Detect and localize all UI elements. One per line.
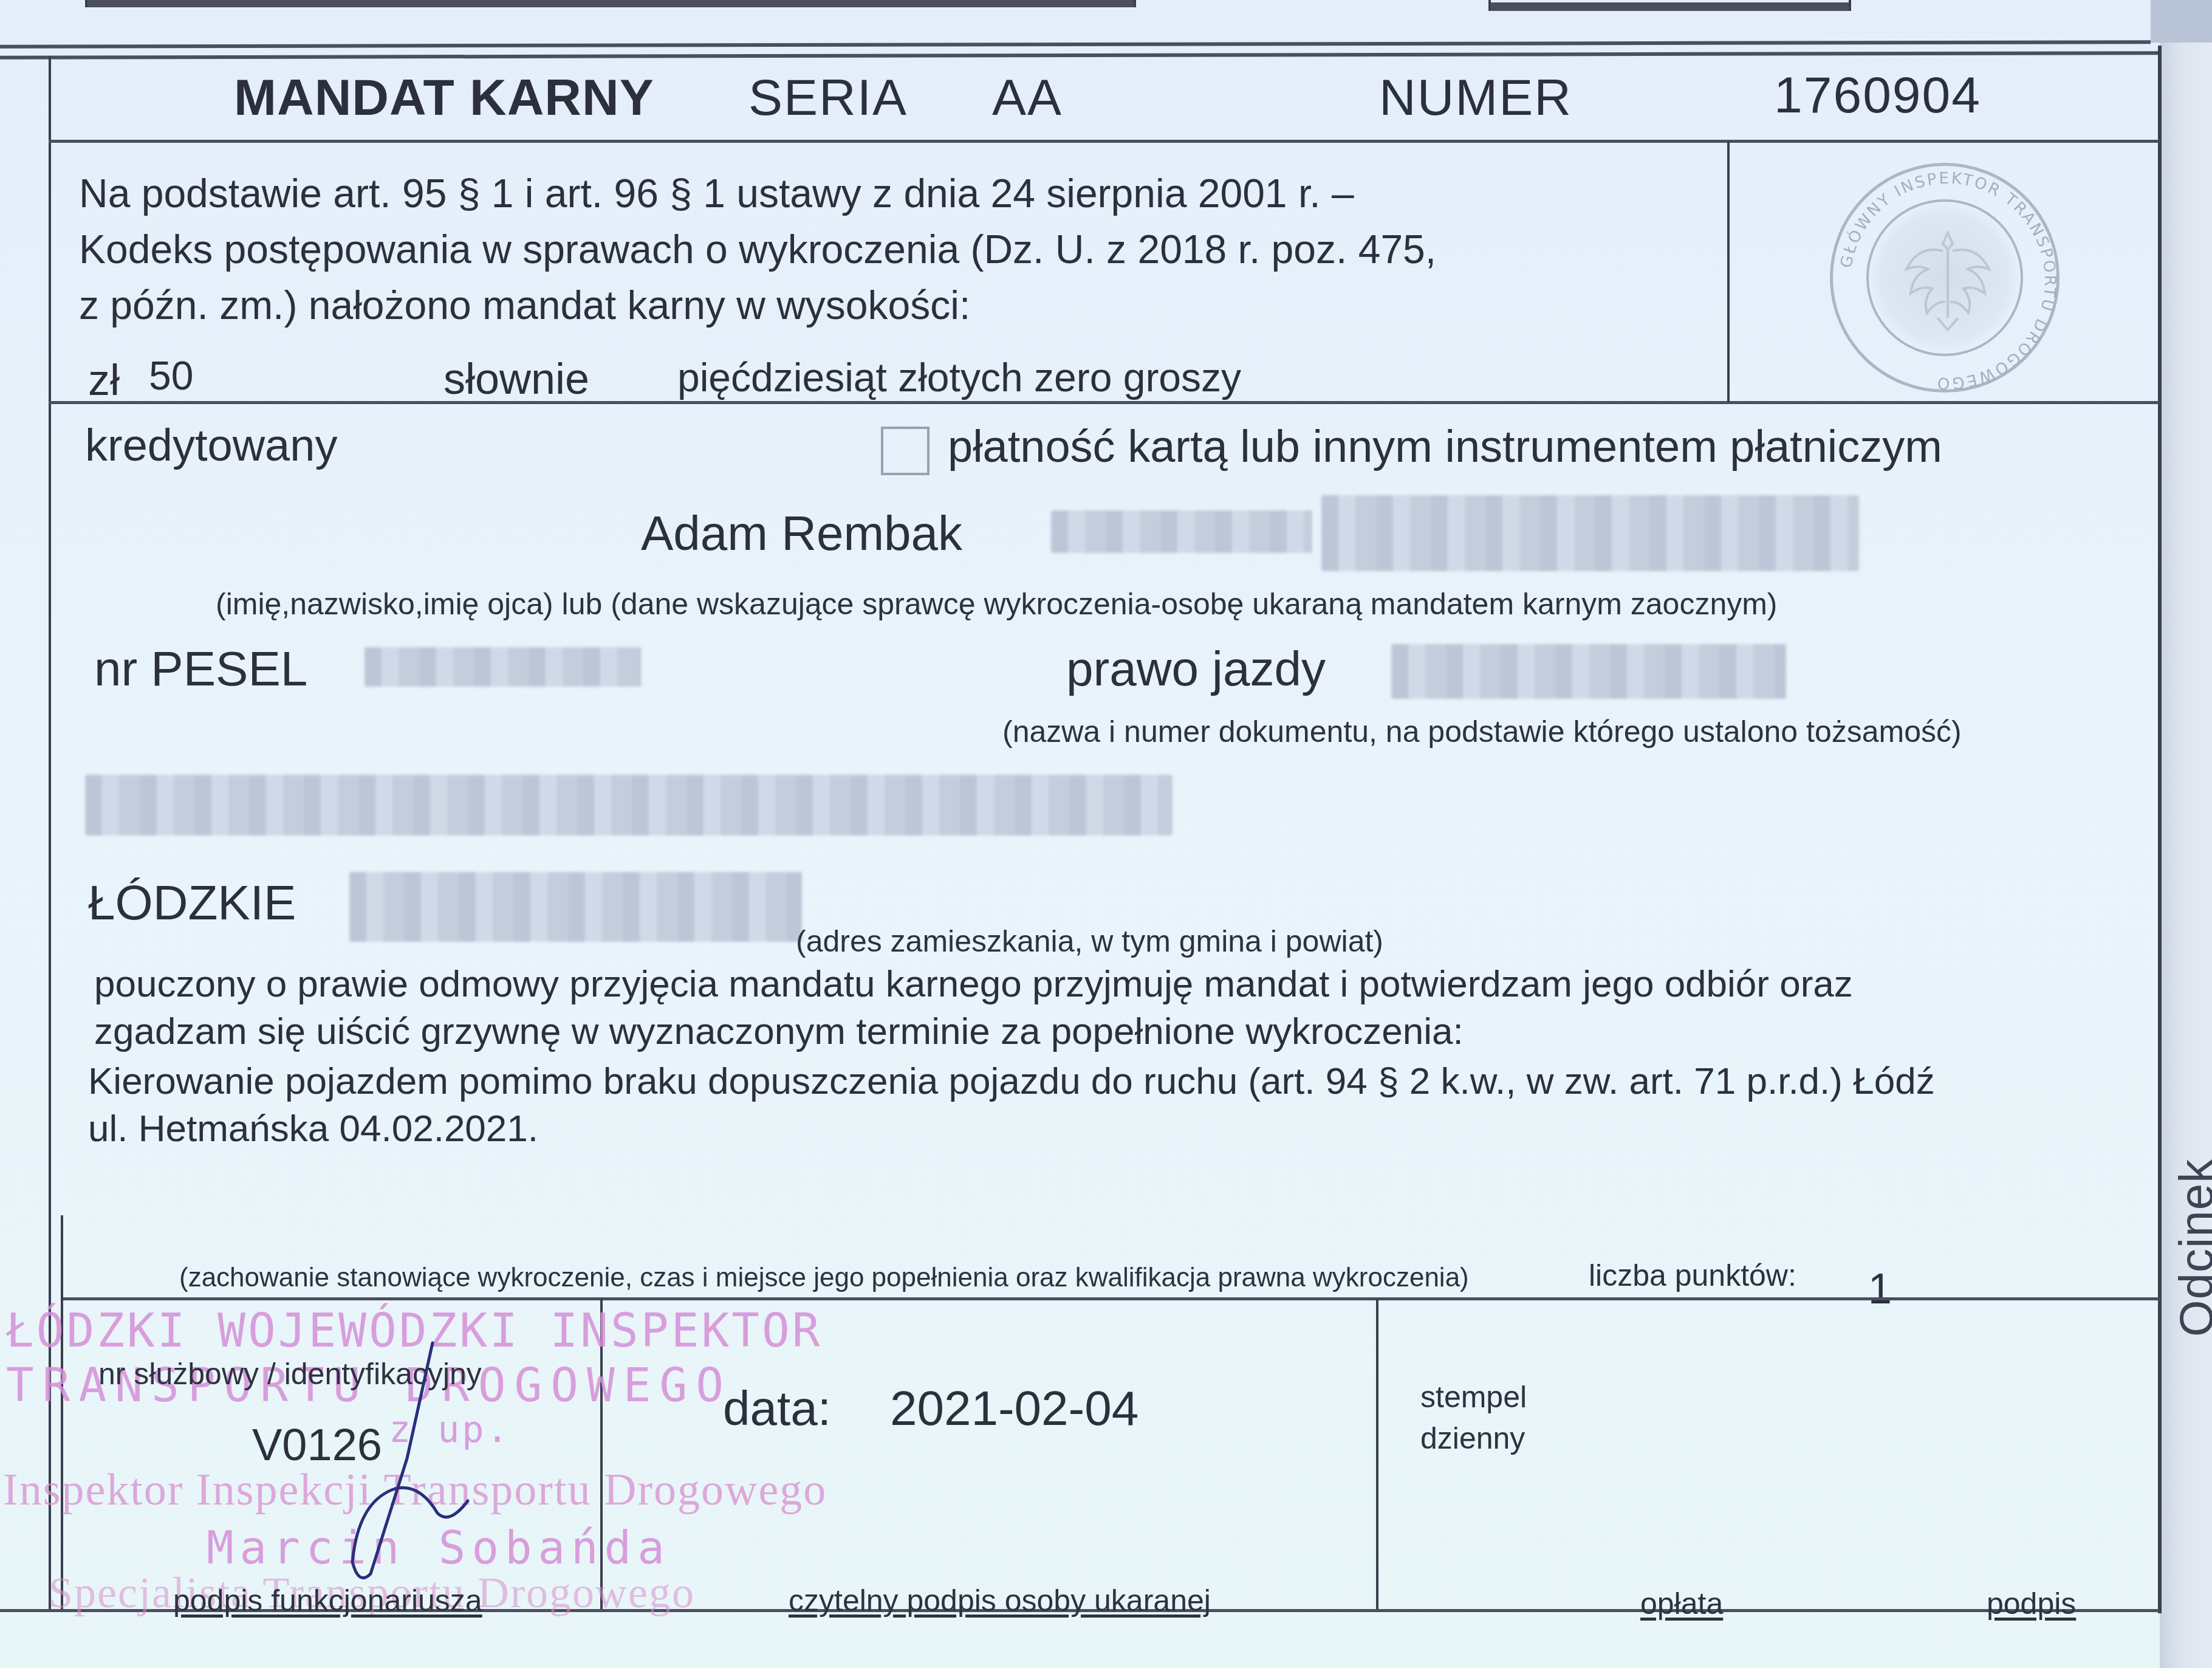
offender-name: Adam Rembak [641, 506, 962, 561]
date-label: data: [723, 1381, 831, 1436]
officer-signature-scribble [292, 1319, 474, 1586]
card-payment-label: płatność kartą lub innym instrumentem pł… [948, 420, 1942, 472]
statement-line-1: pouczony o prawie odmowy przyjęcia manda… [94, 960, 1853, 1009]
amount-value: 50 [149, 348, 193, 403]
points-label: liczba punktów: [1589, 1258, 1796, 1293]
officer-signature-caption: podpis funkcjonariusza [173, 1583, 482, 1618]
redacted-father-label [1051, 510, 1312, 553]
offense-caption: (zachowanie stanowiące wykroczenie, czas… [179, 1263, 1469, 1293]
offense-line-1: Kierowanie pojazdem pomimo braku dopuszc… [88, 1057, 1935, 1106]
redacted-id-document [1391, 644, 1786, 699]
date-cell-divider [1376, 1299, 1378, 1610]
bottom-left-border [61, 1215, 63, 1610]
legal-basis-line-3: z późn. zm.) nałożono mandat karny w wys… [79, 277, 970, 333]
stub-vertical-label: Odcinek C – dla osoby ukaranej [2169, 1150, 2212, 1337]
top-box-edge-left [85, 0, 1136, 7]
id-document-caption: (nazwa i numer dokumentu, na podstawie k… [1002, 714, 1962, 749]
document-title: MANDAT KARNY [234, 68, 654, 127]
stub-strip [2160, 0, 2212, 1668]
offense-line-2: ul. Hetmańska 04.02.2021. [88, 1105, 538, 1153]
recipient-signature-caption: czytelny podpis osoby ukaranej [789, 1583, 1211, 1618]
stub-strip-top [2151, 0, 2212, 43]
signature-label: podpis [1987, 1586, 2076, 1621]
redacted-pesel [365, 647, 641, 687]
eagle-emblem-seal-icon: GŁÓWNY INSPEKTOR TRANSPORTU DROGOWEGO [1830, 163, 2060, 393]
redacted-address-line-1 [85, 775, 1173, 836]
card-payment-checkbox[interactable] [881, 427, 930, 475]
seal-cell-divider [1727, 141, 1730, 402]
points-value: 1 [1868, 1261, 1892, 1317]
day-stamp-label-2: dzienny [1420, 1421, 1525, 1456]
series-label: SERIA [748, 68, 908, 127]
legal-basis-line-1: Na podstawie art. 95 § 1 i art. 96 § 1 u… [79, 165, 1354, 221]
top-box-edge-right-v [1488, 0, 1491, 11]
redacted-father-name [1321, 495, 1859, 571]
top-box-edge-left-v2 [1134, 0, 1136, 7]
address-region: ŁÓDZKIE [88, 875, 296, 931]
form-border-right [2158, 46, 2162, 1613]
legal-basis-line-2: Kodeks postępowania w sprawach o wykrocz… [79, 221, 1436, 277]
pesel-label: nr PESEL [94, 641, 307, 697]
in-words-label: słownie [443, 354, 589, 404]
statement-line-2: zgadzam się uiścić grzywnę w wyznaczonym… [94, 1007, 1464, 1056]
top-box-edge-right [1488, 2, 1850, 11]
in-words-value: pięćdziesiąt złotych zero groszy [677, 349, 1241, 405]
amount-divider [49, 401, 2160, 404]
top-box-edge-right-v2 [1849, 0, 1851, 11]
top-box-edge-left-v [85, 0, 87, 7]
series-value: AA [992, 68, 1063, 127]
number-label: NUMER [1379, 68, 1572, 127]
payment-type-label: kredytowany [85, 419, 337, 471]
header-divider [49, 140, 2160, 143]
address-caption: (adres zamieszkania, w tym gmina i powia… [796, 924, 1383, 959]
number-value: 1760904 [1774, 66, 1981, 125]
currency-label: zł [88, 355, 120, 405]
id-document-label: prawo jazdy [1066, 641, 1326, 697]
date-value: 2021-02-04 [890, 1381, 1139, 1436]
offense-divider [61, 1297, 2160, 1300]
day-stamp-label-1: stempel [1420, 1379, 1527, 1415]
name-caption: (imię,nazwisko,imię ojca) lub (dane wska… [216, 586, 1777, 622]
fee-label: opłata [1640, 1586, 1723, 1621]
redacted-address-line-2 [349, 872, 802, 942]
